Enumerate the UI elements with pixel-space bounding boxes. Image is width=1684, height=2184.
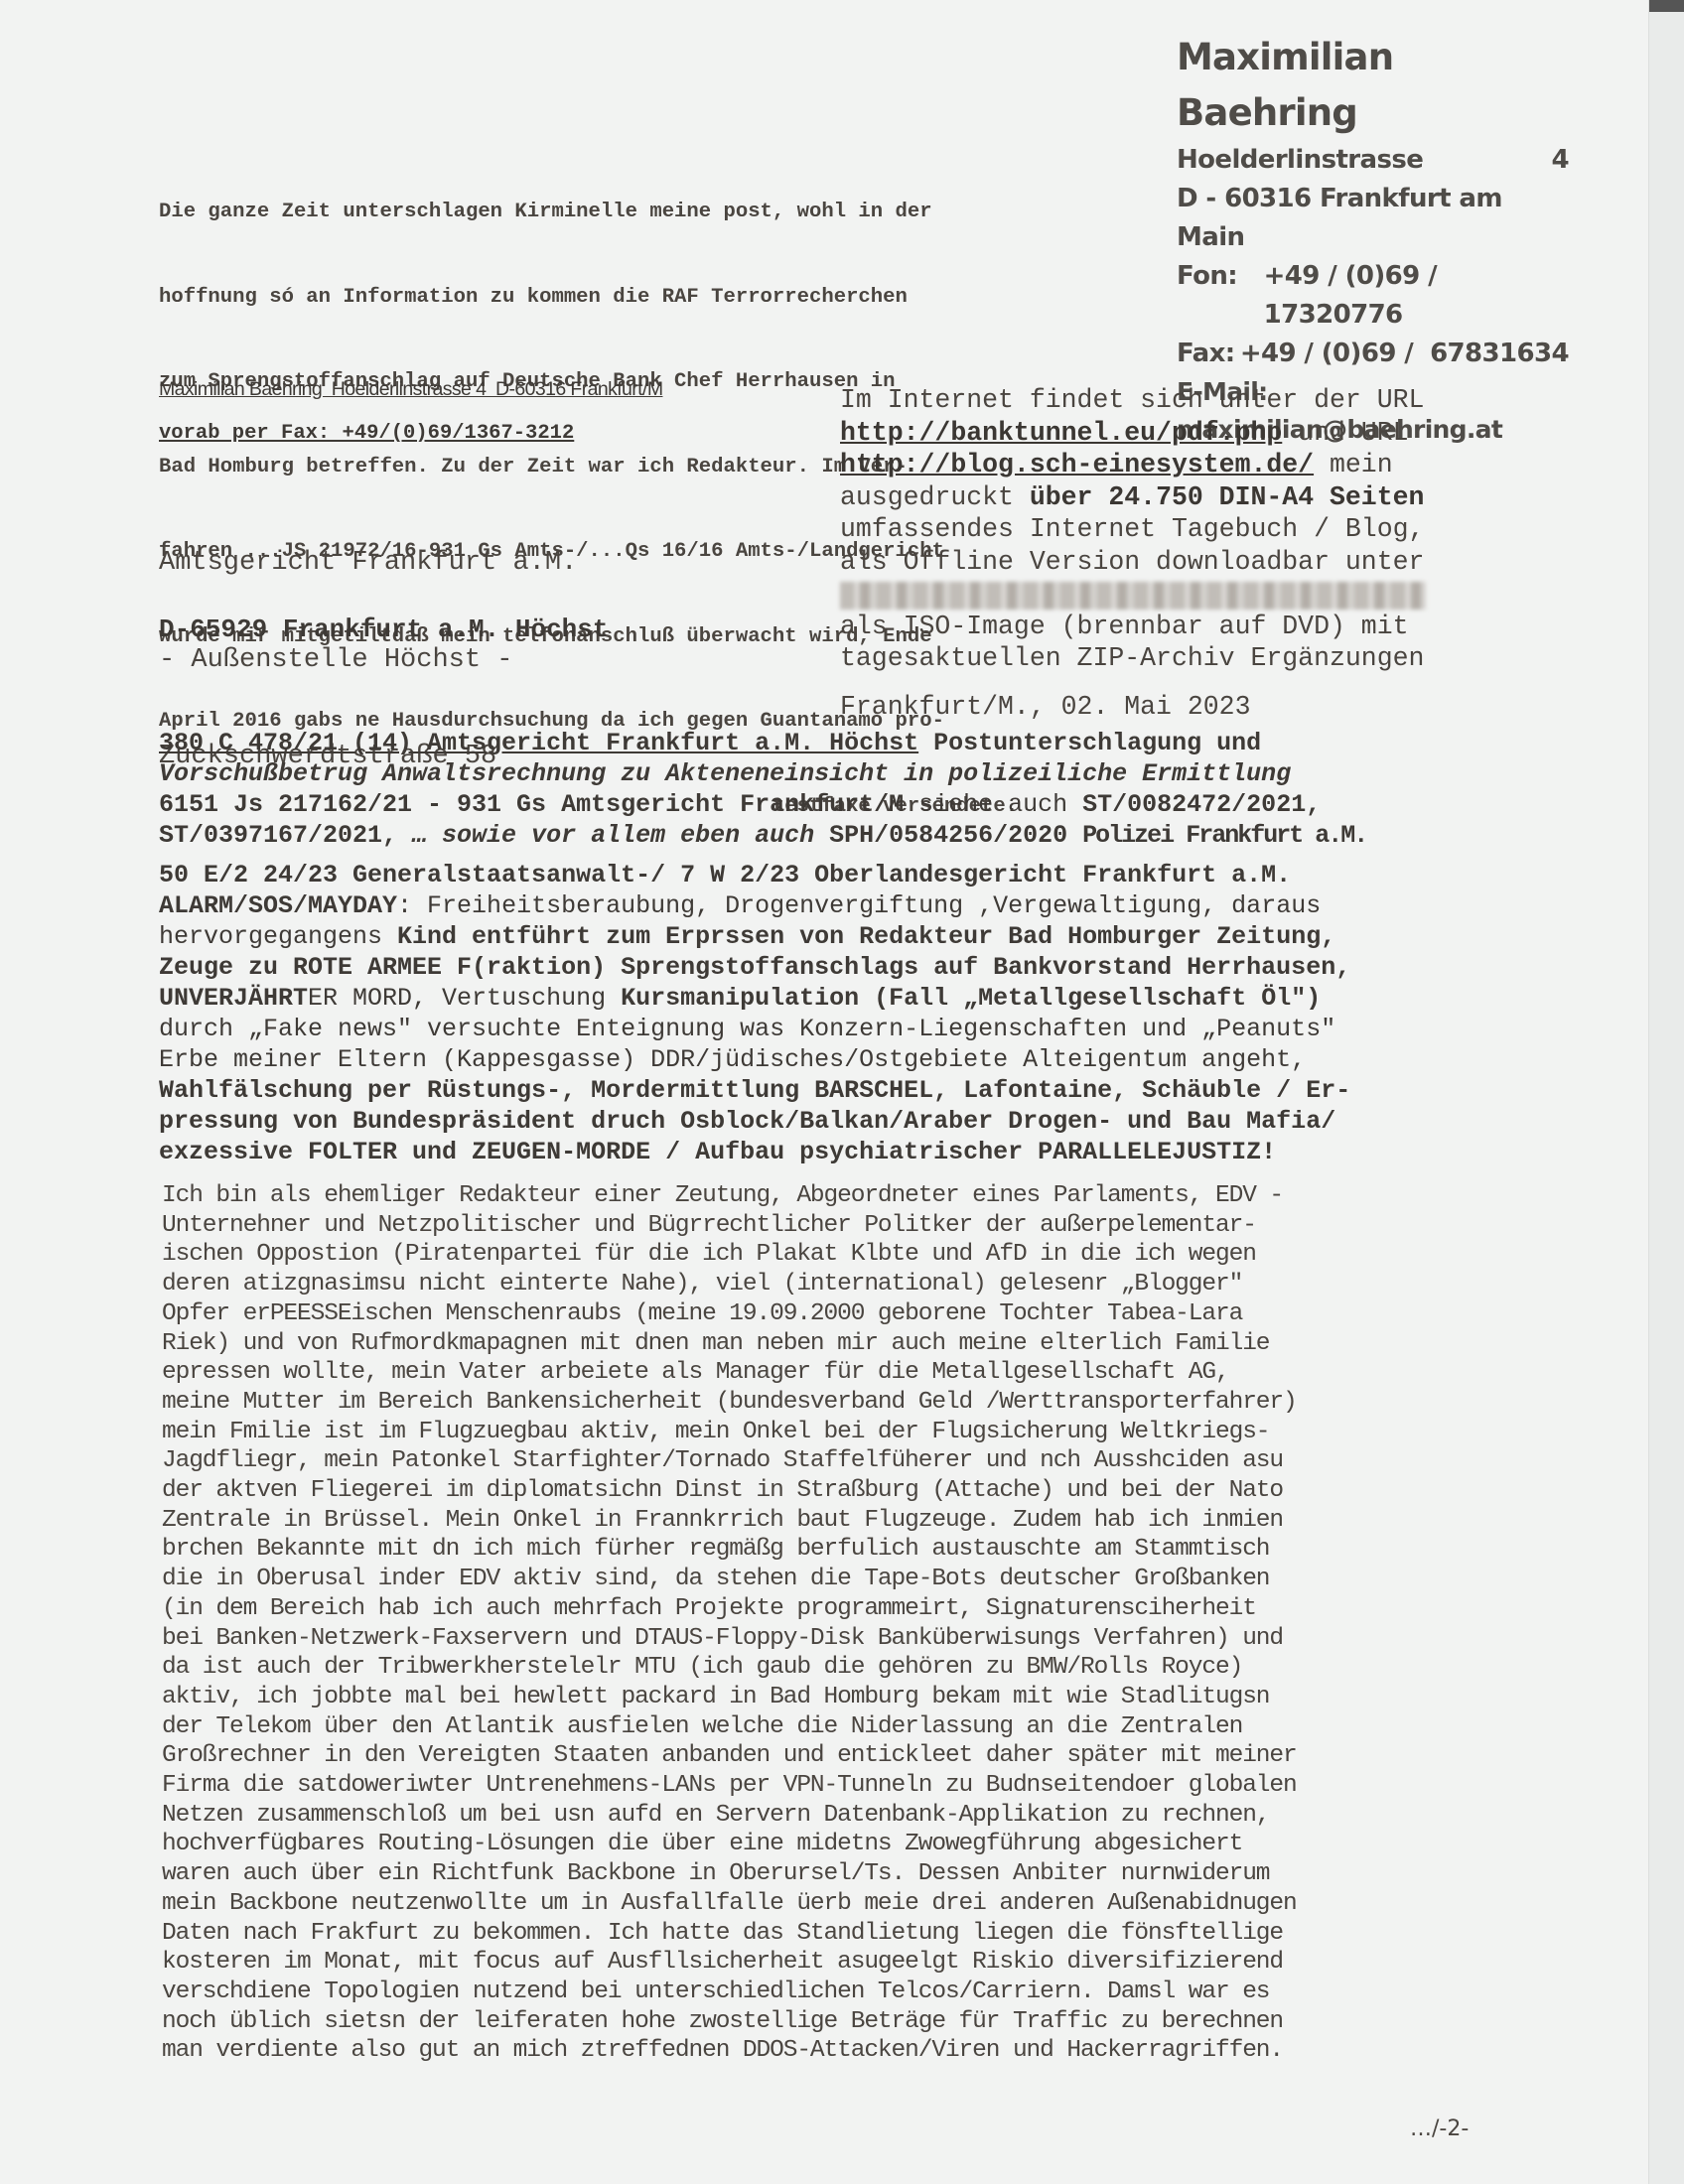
sender-fax: Fax: +49 / (0)69 / 67831634 [1177,335,1569,373]
body-line: bei Banken-Netzwerk-Faxservern und DTAUS… [162,1624,1512,1654]
body-line: Firma die satdoweriwter Untrenehmens-LAN… [162,1771,1512,1801]
body-line: Ich bin als ehemliger Redakteur einer Ze… [162,1181,1512,1211]
body-line: kosteren im Monat, mit focus auf Ausflls… [162,1948,1512,1978]
body-line: Großrechner in den Vereigten Staaten anb… [162,1741,1512,1771]
body-line: mein Backbone neutzenwollte um in Ausfal… [162,1889,1512,1919]
recipient-city: D-65929 Frankfurt a.M. Höchst [159,614,608,644]
date-line: Frankfurt/M., 02. Mai 2023 [840,692,1250,722]
body-line: Riek) und von Rufmordkmapagnen mit dnen … [162,1329,1512,1359]
subject-block: 380 C 478/21 (14) Amtsgericht Frankfurt … [159,728,1509,1167]
body-line: Jagdfliegr, mein Patonkel Starfighter/To… [162,1446,1512,1476]
fax-notice: vorab per Fax: +49/(0)69/1367-3212 [159,422,574,445]
body-line: waren auch über ein Richtfunk Backbone i… [162,1859,1512,1889]
body-line: meine Mutter im Bereich Bankensicherheit… [162,1388,1512,1418]
page-continuation: …/-2- [1410,2116,1469,2141]
body-line: aktiv, ich jobbte mal bei hewlett packar… [162,1683,1512,1712]
letter-body: Ich bin als ehemliger Redakteur einer Ze… [162,1181,1512,2066]
alarm-label: ALARM/SOS/MAYDAY [159,891,397,920]
body-line: der aktven Fliegerei im diplomatsichn Di… [162,1476,1512,1506]
url-banktunnel[interactable]: http://banktunnel.eu/pdf.php [840,418,1282,448]
letter-page: Maximilian Baehring Hoelderlinstrasse 4 … [0,0,1648,2184]
body-line: mein Fmilie ist im Flugzuegbau aktiv, me… [162,1418,1512,1447]
scan-edge [1648,0,1684,2184]
sender-phone: Fon: +49 / (0)69 / 17320776 [1177,257,1569,335]
body-line: Unternehner und Netzpolitischer und Bügr… [162,1211,1512,1241]
sender-return-line: Maximilian Baehring Hoelderlinstrasse 4 … [159,378,662,401]
sender-city: D - 60316 Frankfurt am Main [1177,180,1569,257]
url-blog[interactable]: http://blog.sch-einesystem.de/ [840,450,1314,479]
body-line: Opfer erPEESSEischen Menschenraubs (mein… [162,1299,1512,1329]
body-line: Daten nach Frakfurt zu bekommen. Ich hat… [162,1919,1512,1949]
body-line: noch üblich sietsn der leiferaten hohe z… [162,2007,1512,2037]
redacted-url [840,582,1426,610]
body-line: deren atizgnasimsu nicht einterte Nahe),… [162,1270,1512,1299]
body-line: verschdiene Topologien nutzend bei unter… [162,1978,1512,2007]
body-line: die in Oberusal inder EDV aktiv sind, da… [162,1565,1512,1594]
body-line: Netzen zusammenschloß um bei usn aufd en… [162,1801,1512,1831]
body-line: brchen Bekannte mit dn ich mich fürher r… [162,1535,1512,1565]
sender-street: Hoelderlinstrasse 4 [1177,141,1569,180]
sender-name: Maximilian Baehring [1177,30,1569,141]
body-line: (in dem Bereich hab ich auch mehrfach Pr… [162,1594,1512,1624]
body-line: hochverfügbares Routing-Lösungen die übe… [162,1830,1512,1859]
case-reference: 380 C 478/21 (14) Amtsgericht Frankfurt … [159,729,918,757]
internet-block: Im Internet findet sich unter der URL ht… [840,384,1515,675]
body-line: da ist auch der Tribwerkherstelelr MTU (… [162,1653,1512,1683]
body-line: epressen wollte, mein Vater arbeiete als… [162,1358,1512,1388]
body-line: man verdiente also gut an mich ztreffedn… [162,2036,1512,2066]
body-line: ischen Oppostion (Piratenpartei für die … [162,1240,1512,1270]
body-line: Zentrale in Brüssel. Mein Onkel in Frann… [162,1506,1512,1536]
body-line: der Telekom über den Atlantik ausfielen … [162,1712,1512,1742]
